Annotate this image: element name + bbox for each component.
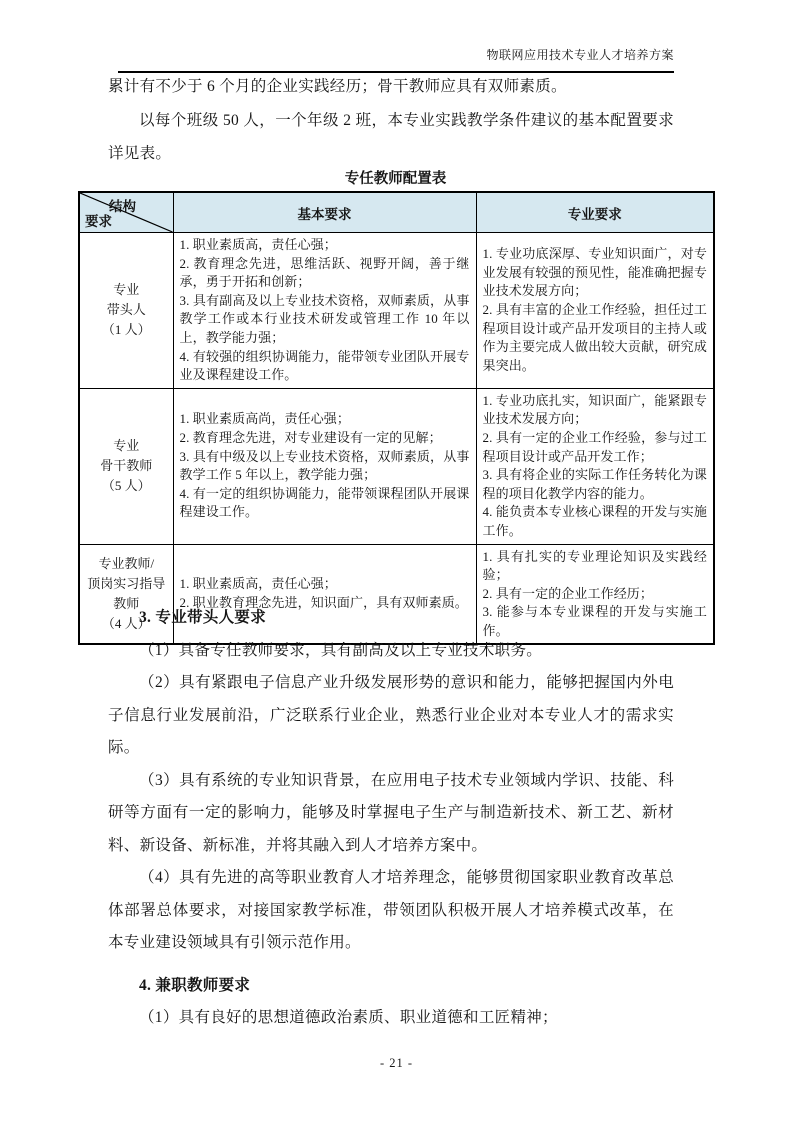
requirement-item: 3. 具有副高及以上专业技术资格，双师素质，从事教学工作或本行业技术研发或管理工… [180, 292, 470, 348]
column-header-professional: 专业要求 [476, 192, 714, 233]
paragraph: （1）具备专任教师要求，具有副高及以上专业技术职务。 [108, 635, 674, 668]
document-page: 物联网应用技术专业人才培养方案 累计有不少于 6 个月的企业实践经历；骨干教师应… [0, 0, 793, 1122]
paragraph: 以每个班级 50 人，一个年级 2 班，本专业实践教学条件建议的基本配置要求详见… [108, 104, 674, 171]
section-leader-requirements: 3. 专业带头人要求 （1）具备专任教师要求，具有副高及以上专业技术职务。 （2… [108, 602, 674, 960]
paragraph: （4）具有先进的高等职业教育人才培养理念，能够贯彻国家职业教育改革总体部署总体要… [108, 862, 674, 960]
paragraph: （1）具有良好的思想道德政治素质、职业道德和工匠精神； [108, 1002, 674, 1035]
requirement-item: 3. 具有将企业的实际工作任务转化为课程的项目化教学内容的能力。 [483, 466, 708, 503]
page-header: 物联网应用技术专业人才培养方案 [118, 46, 674, 73]
requirement-item: 4. 有较强的组织协调能力，能带领专业团队开展专业及课程建设工作。 [180, 348, 470, 385]
requirement-item: 1. 职业素质高，责任心强； [180, 575, 470, 594]
table-row: 专业 骨干教师 （5 人） 1. 职业素质高尚，责任心强； 2. 教育理念先进，… [79, 388, 714, 544]
row-role-cell: 专业 带头人 （1 人） [79, 233, 173, 389]
paragraph: （3）具有系统的专业知识背景，在应用电子技术专业领域内学识、技能、科研等方面有一… [108, 765, 674, 863]
table-title: 专任教师配置表 [78, 167, 713, 188]
corner-cell: 结构 要求 [79, 192, 173, 233]
paragraph: 累计有不少于 6 个月的企业实践经历；骨干教师应具有双师素质。 [108, 70, 674, 104]
requirement-item: 2. 具有一定的企业工作经验，参与过工程项目设计或产品开发工作； [483, 429, 708, 466]
requirement-item: 3. 具有中级及以上专业技术资格，双师素质，从事教学工作 5 年以上，教学能力强… [180, 448, 470, 485]
requirement-item: 1. 专业功底深厚、专业知识面广，对专业发展有较强的预见性，能准确把握专业技术发… [483, 245, 708, 301]
professional-req-cell: 1. 专业功底扎实，知识面广，能紧跟专业技术发展方向； 2. 具有一定的企业工作… [476, 388, 714, 544]
requirement-item: 2. 教育理念先进，思维活跃、视野开阔，善于继承，勇于开拓和创新； [180, 255, 470, 292]
requirement-item: 2. 教育理念先进，对专业建设有一定的见解； [180, 429, 470, 448]
column-header-basic: 基本要求 [173, 192, 476, 233]
requirement-item: 1. 职业素质高尚，责任心强； [180, 410, 470, 429]
footer-page-number: - 21 - [0, 1056, 793, 1071]
requirement-item: 4. 能负责本专业核心课程的开发与实施工作。 [483, 503, 708, 540]
table-header-row: 结构 要求 基本要求 专业要求 [79, 192, 714, 233]
requirement-item: 2. 具有丰富的企业工作经验，担任过工程项目设计或产品开发项目的主持人或作为主要… [483, 301, 708, 375]
header-title: 物联网应用技术专业人才培养方案 [486, 48, 674, 62]
body-sections: 3. 专业带头人要求 （1）具备专任教师要求，具有副高及以上专业技术职务。 （2… [108, 602, 674, 1035]
requirement-item: 1. 职业素质高，责任心强； [180, 236, 470, 255]
corner-label-requirement: 要求 [85, 210, 112, 230]
professional-req-cell: 1. 专业功底深厚、专业知识面广，对专业发展有较强的预见性，能准确把握专业技术发… [476, 233, 714, 389]
requirement-item: 4. 有一定的组织协调能力，能带领课程团队开展课程建设工作。 [180, 485, 470, 522]
requirement-item: 1. 专业功底扎实，知识面广，能紧跟专业技术发展方向； [483, 392, 708, 429]
intro-paragraphs: 累计有不少于 6 个月的企业实践经历；骨干教师应具有双师素质。 以每个班级 50… [108, 70, 674, 171]
section-parttime-requirements: 4. 兼职教师要求 （1）具有良好的思想道德政治素质、职业道德和工匠精神； [108, 970, 674, 1035]
basic-req-cell: 1. 职业素质高，责任心强； 2. 教育理念先进，思维活跃、视野开阔，善于继承，… [173, 233, 476, 389]
corner-label-structure: 结构 [109, 195, 136, 215]
section-heading: 3. 专业带头人要求 [108, 602, 674, 635]
requirement-item: 2. 具有一定的企业工作经历； [483, 585, 708, 604]
basic-req-cell: 1. 职业素质高尚，责任心强； 2. 教育理念先进，对专业建设有一定的见解； 3… [173, 388, 476, 544]
paragraph: （2）具有紧跟电子信息产业升级发展形势的意识和能力，能够把握国内外电子信息行业发… [108, 667, 674, 765]
table-row: 专业 带头人 （1 人） 1. 职业素质高，责任心强； 2. 教育理念先进，思维… [79, 233, 714, 389]
teacher-config-table: 结构 要求 基本要求 专业要求 专业 带头人 （1 人） 1. 职业素质高，责任… [78, 191, 715, 645]
requirement-item: 1. 具有扎实的专业理论知识及实践经验； [483, 548, 708, 585]
row-role-cell: 专业 骨干教师 （5 人） [79, 388, 173, 544]
section-heading: 4. 兼职教师要求 [108, 970, 674, 1003]
